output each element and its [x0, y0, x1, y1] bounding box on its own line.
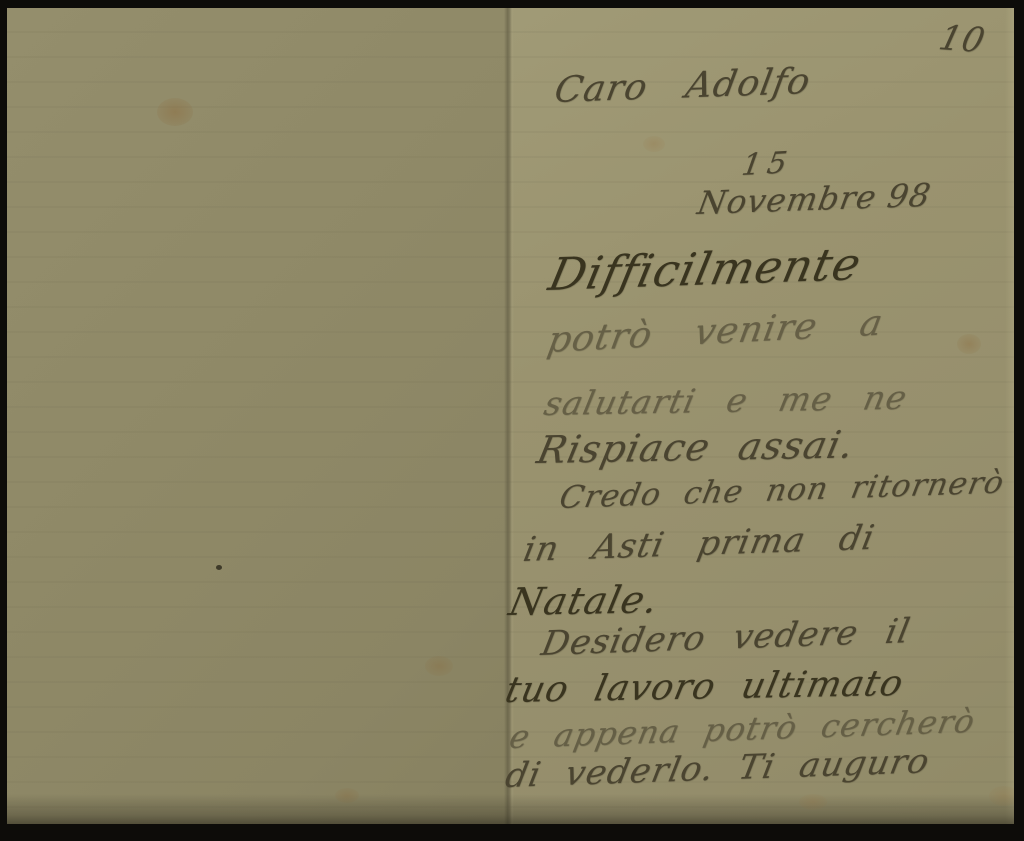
- bottom-edge-shadow: [7, 794, 1014, 824]
- fox-stain: [799, 794, 827, 810]
- scan-background: 10 Caro Adolfo 15 Novembre 98 Difficilme…: [0, 0, 1024, 841]
- letter-line: Rispiace assai.: [533, 423, 858, 472]
- letter-line: tuo lavoro ultimato: [502, 663, 908, 711]
- fox-stain: [157, 98, 193, 126]
- fox-stain: [335, 788, 359, 803]
- page-edge-highlight: [1005, 8, 1014, 824]
- letter-sheet: 10 Caro Adolfo 15 Novembre 98 Difficilme…: [7, 8, 1014, 824]
- fox-stain: [989, 786, 1014, 806]
- letter-line: Natale.: [505, 577, 663, 624]
- date-day-line: 15: [739, 145, 795, 183]
- fox-stain: [643, 136, 665, 152]
- letter-line: Difficilmente: [544, 237, 866, 301]
- ink-speck: [216, 565, 222, 570]
- letter-line: salutarti e me ne: [541, 378, 911, 423]
- fox-stain: [957, 334, 981, 354]
- fox-stain: [425, 656, 453, 676]
